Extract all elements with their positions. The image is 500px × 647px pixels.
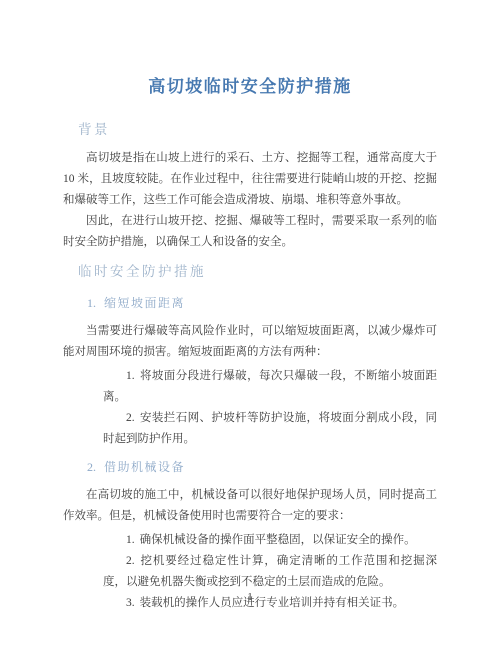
measure-item-1-title: 缩短坡面距离 [104,296,185,310]
measure-item-2-sub-2-number: 2. [126,555,135,567]
measure-item-2-heading: 2.借助机械设备 [87,458,437,475]
measure-item-1-paragraph: 当需要进行爆破等高风险作业时，可以缩短坡面距离，以减少爆炸可能对周围环境的损害。… [63,321,437,363]
measure-item-1-heading: 1.缩短坡面距离 [87,294,437,311]
section-heading-measures: 临时安全防护措施 [78,260,437,280]
measure-item-2-sub-1: 1.确保机械设备的操作面平整稳固，以保证安全的操作。 [103,530,437,551]
document-title: 高切坡临时安全防护措施 [63,72,437,97]
measure-item-2-paragraph: 在高切坡的施工中，机械设备可以很好地保护现场人员，同时提高工作效率。但是，机械设… [63,485,437,527]
measure-item-1-sub-2-number: 2. [126,412,135,424]
section-heading-background: 背景 [78,118,437,138]
page-number: 1 [0,592,500,603]
measure-item-2-sub-1-number: 1. [126,534,135,546]
measure-item-1-sub-2-text: 安装拦石网、护坡杆等防护设施，将坡面分割成小段，同时起到防护作用。 [103,412,437,445]
measure-item-1-sub-1-text: 将坡面分段进行爆破，每次只爆破一段，不断缩小坡面距离。 [103,370,437,403]
measure-item-2-sub-1-text: 确保机械设备的操作面平整稳固，以保证安全的操作。 [140,534,416,546]
measure-item-1-number: 1. [87,296,96,310]
document-page: 高切坡临时安全防护措施 背景 高切坡是指在山坡上进行的采石、土方、挖掘等工程，通… [0,0,500,647]
measure-item-1-sub-1: 1.将坡面分段进行爆破，每次只爆破一段，不断缩小坡面距离。 [103,366,437,408]
paragraph-background-2: 因此，在进行山坡开挖、挖掘、爆破等工程时，需要采取一系列的临时安全防护措施，以确… [63,211,437,253]
paragraph-background-1: 高切坡是指在山坡上进行的采石、土方、挖掘等工程，通常高度大于 10 米，且坡度较… [63,148,437,211]
measure-item-1-sub-2: 2.安装拦石网、护坡杆等防护设施，将坡面分割成小段，同时起到防护作用。 [103,408,437,450]
measure-item-2-sub-2-text: 挖机要经过稳定性计算，确定清晰的工作范围和挖掘深度，以避免机器失衡或挖到不稳定的… [103,555,437,588]
document-title-text: 高切坡临时安全防护措施 [148,77,352,96]
measure-item-2-number: 2. [87,460,96,474]
measure-item-2-sub-2: 2.挖机要经过稳定性计算，确定清晰的工作范围和挖掘深度，以避免机器失衡或挖到不稳… [103,551,437,593]
measure-item-1-sub-1-number: 1. [126,370,135,382]
measure-item-2-title: 借助机械设备 [104,460,185,474]
